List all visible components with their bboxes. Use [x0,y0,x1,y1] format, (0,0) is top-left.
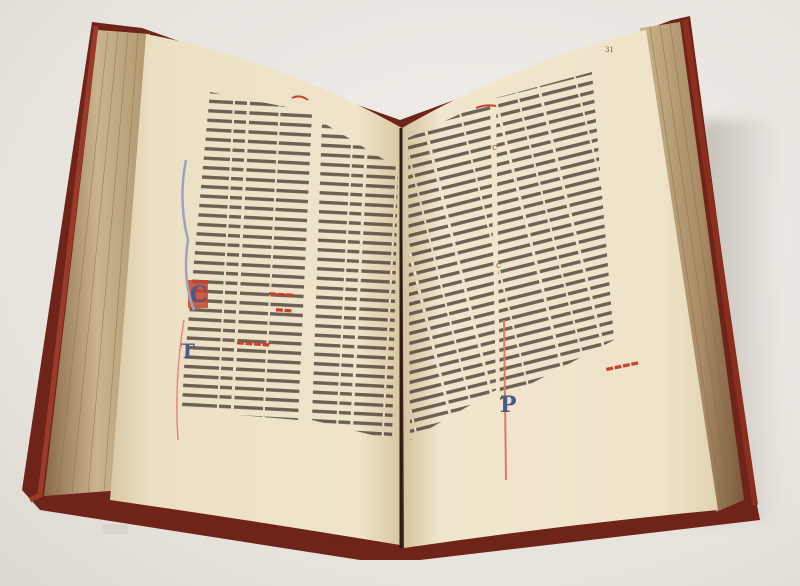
svg-text:▬▬: ▬▬ [275,305,293,316]
svg-text:▬▬▬: ▬▬▬ [268,289,294,301]
svg-text:~~ ~~~: ~~ ~~~ [330,536,353,542]
svg-text:T: T [180,339,195,363]
svg-text:c: c [492,143,497,153]
display-clip [102,524,128,534]
svg-text:P: P [500,392,517,418]
manuscript-photo: ▬▬▬ ▬▬ ▬▬▬▬ C T ~~ ~~~ 31 ▬▬▬▬ P c c [0,0,800,586]
svg-text:31: 31 [605,46,614,54]
svg-text:c: c [496,261,501,271]
